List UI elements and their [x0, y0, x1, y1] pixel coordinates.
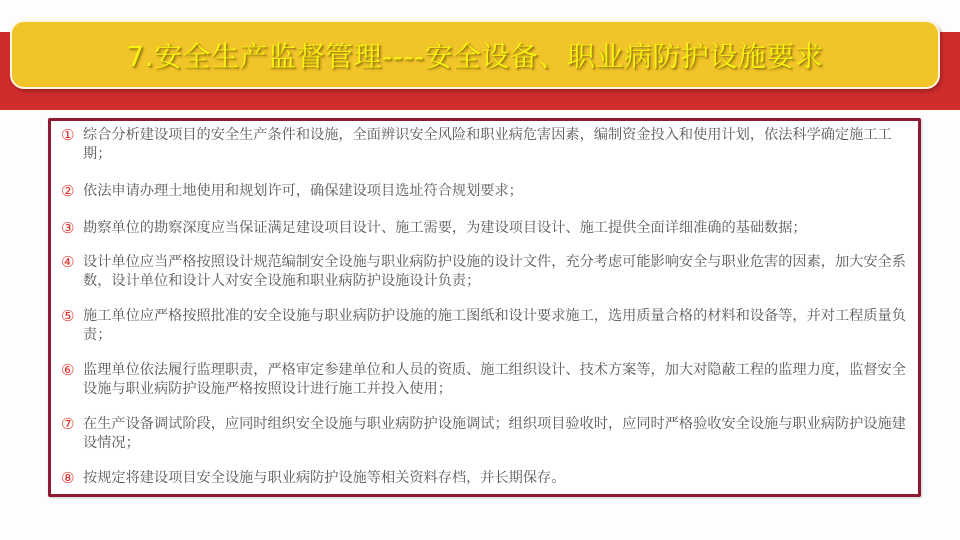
item-text: 勘察单位的勘察深度应当保证满足建设项目设计、施工需要，为建设项目设计、施工提供全…	[83, 219, 908, 238]
item-text: 依法申请办理土地使用和规划许可，确保建设项目选址符合规划要求；	[83, 182, 908, 201]
item-number: ⑦	[61, 415, 83, 434]
item-text: 监理单位依法履行监理职责，严格审定参建单位和人员的资质、施工组织设计、技术方案等…	[83, 361, 908, 399]
list-item: ⑤ 施工单位应严格按照批准的安全设施与职业病防护设施的施工图纸和设计要求施工，选…	[61, 307, 908, 345]
list-item: ① 综合分析建设项目的安全生产条件和设施，全面辨识安全风险和职业病危害因素，编制…	[61, 126, 908, 164]
title-bar: 7.安全生产监督管理----安全设备、职业病防护设施要求	[10, 20, 940, 89]
list-item: ⑦ 在生产设备调试阶段，应同时组织安全设施与职业病防护设施调试；组织项目验收时，…	[61, 415, 908, 453]
list-item: ② 依法申请办理土地使用和规划许可，确保建设项目选址符合规划要求；	[61, 182, 908, 201]
item-number: ⑥	[61, 361, 83, 380]
item-number: ③	[61, 219, 83, 238]
item-number: ⑤	[61, 307, 83, 326]
item-number: ④	[61, 253, 83, 272]
item-text: 按规定将建设项目安全设施与职业病防护设施等相关资料存档，并长期保存。	[83, 469, 908, 488]
item-number: ①	[61, 126, 83, 145]
item-text: 设计单位应当严格按照设计规范编制安全设施与职业病防护设施的设计文件，充分考虑可能…	[83, 253, 908, 291]
list-item: ④ 设计单位应当严格按照设计规范编制安全设施与职业病防护设施的设计文件，充分考虑…	[61, 253, 908, 291]
list-item: ⑧ 按规定将建设项目安全设施与职业病防护设施等相关资料存档，并长期保存。	[61, 469, 908, 488]
item-number: ②	[61, 182, 83, 201]
item-number: ⑧	[61, 469, 83, 488]
page-title: 7.安全生产监督管理----安全设备、职业病防护设施要求	[126, 35, 823, 75]
item-text: 在生产设备调试阶段，应同时组织安全设施与职业病防护设施调试；组织项目验收时，应同…	[83, 415, 908, 453]
item-text: 施工单位应严格按照批准的安全设施与职业病防护设施的施工图纸和设计要求施工，选用质…	[83, 307, 908, 345]
requirements-list: ① 综合分析建设项目的安全生产条件和设施，全面辨识安全风险和职业病危害因素，编制…	[48, 118, 921, 497]
item-text: 综合分析建设项目的安全生产条件和设施，全面辨识安全风险和职业病危害因素，编制资金…	[83, 126, 908, 164]
list-item: ⑥ 监理单位依法履行监理职责，严格审定参建单位和人员的资质、施工组织设计、技术方…	[61, 361, 908, 399]
list-item: ③ 勘察单位的勘察深度应当保证满足建设项目设计、施工需要，为建设项目设计、施工提…	[61, 219, 908, 238]
